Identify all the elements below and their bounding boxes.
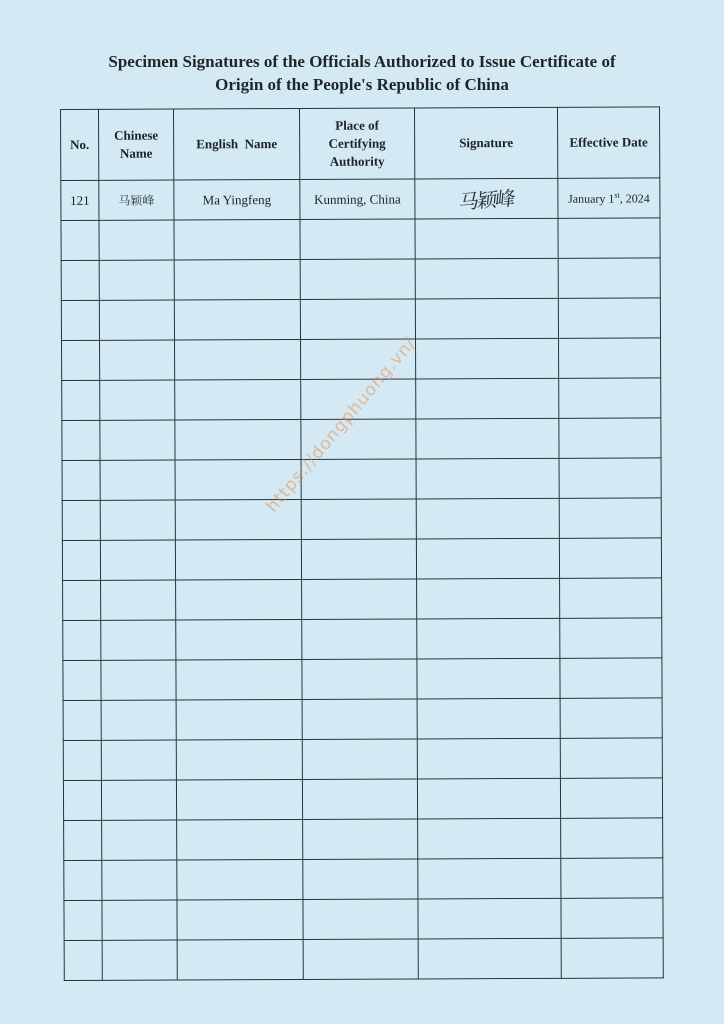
table-row-empty [62, 378, 661, 421]
cell-effective-date [560, 618, 662, 658]
cell-chinese-name [99, 260, 174, 300]
cell-signature [418, 858, 561, 899]
cell-chinese-name [99, 220, 174, 260]
cell-english-name [174, 219, 300, 260]
cell-signature [416, 378, 559, 419]
cell-place [301, 459, 416, 500]
table-row-empty [64, 858, 663, 901]
cell-no [62, 500, 100, 540]
cell-place [303, 819, 418, 860]
cell-english-name [176, 579, 302, 620]
cell-effective-date [560, 778, 662, 818]
header-chinese-name: Chinese Name [99, 109, 174, 180]
cell-no [62, 340, 100, 380]
title-line-1: Specimen Signatures of the Officials Aut… [0, 50, 724, 73]
cell-place [300, 259, 415, 300]
cell-no [63, 660, 101, 700]
table-row-empty [62, 538, 661, 581]
cell-no [63, 740, 101, 780]
cell-chinese-name [102, 900, 177, 940]
table-row-empty [61, 298, 660, 341]
table-row-empty [64, 938, 663, 981]
cell-chinese-name [100, 460, 175, 500]
cell-chinese-name [100, 380, 175, 420]
cell-place [302, 699, 417, 740]
cell-effective-date [559, 538, 661, 578]
cell-english-name [175, 379, 301, 420]
cell-place [302, 659, 417, 700]
cell-signature [417, 738, 560, 779]
cell-effective-date [561, 938, 663, 978]
cell-no [61, 300, 99, 340]
cell-chinese-name [101, 780, 176, 820]
header-no: No. [61, 109, 99, 180]
cell-chinese-name [101, 580, 176, 620]
cell-no [64, 860, 102, 900]
table-row-empty [63, 778, 662, 821]
cell-place [302, 779, 417, 820]
cell-effective-date [560, 738, 662, 778]
cell-effective-date [560, 578, 662, 618]
specimen-signatures-table: No. Chinese Name English Name Place of C… [60, 106, 664, 981]
cell-english-name [174, 259, 300, 300]
table-row-empty [63, 698, 662, 741]
cell-no [63, 580, 101, 620]
cell-effective-date [558, 218, 660, 258]
cell-english-name [177, 939, 303, 980]
cell-chinese-name [102, 860, 177, 900]
cell-place [303, 899, 418, 940]
cell-chinese-name [100, 340, 175, 380]
cell-english-name [175, 419, 301, 460]
cell-signature: 马颖峰 [415, 178, 558, 219]
cell-chinese-name: 马颖峰 [99, 180, 174, 220]
cell-place [302, 619, 417, 660]
cell-effective-date [559, 458, 661, 498]
table-row-empty [61, 218, 660, 261]
cell-place [301, 339, 416, 380]
cell-chinese-name [101, 740, 176, 780]
cell-signature [415, 218, 558, 259]
cell-no [64, 940, 102, 980]
cell-signature [417, 698, 560, 739]
header-english-name: English Name [174, 108, 300, 180]
cell-signature [416, 498, 559, 539]
cell-english-name [177, 819, 303, 860]
cell-english-name [177, 859, 303, 900]
table-row-empty [62, 498, 661, 541]
cell-no [64, 900, 102, 940]
table-row-empty [62, 338, 661, 381]
table-row-empty [63, 658, 662, 701]
cell-signature [417, 658, 560, 699]
cell-signature [415, 258, 558, 299]
header-signature: Signature [414, 107, 557, 179]
cell-signature [415, 298, 558, 339]
cell-english-name [177, 899, 303, 940]
cell-effective-date [559, 498, 661, 538]
cell-english-name [175, 539, 301, 580]
cell-english-name [174, 299, 300, 340]
cell-signature [417, 578, 560, 619]
cell-chinese-name [101, 620, 176, 660]
cell-signature [416, 538, 559, 579]
cell-chinese-name [100, 540, 175, 580]
cell-chinese-name [99, 300, 174, 340]
cell-place [301, 499, 416, 540]
cell-english-name [175, 339, 301, 380]
cell-english-name [176, 699, 302, 740]
cell-signature [417, 778, 560, 819]
cell-chinese-name [101, 700, 176, 740]
cell-place: Kunming, China [300, 179, 415, 220]
cell-english-name [176, 779, 302, 820]
table-row-empty [62, 418, 661, 461]
cell-signature [418, 818, 561, 859]
cell-no [61, 260, 99, 300]
cell-signature [416, 458, 559, 499]
header-effective-date: Effective Date [557, 107, 659, 178]
cell-effective-date: January 1st, 2024 [558, 178, 660, 218]
cell-english-name: Ma Yingfeng [174, 179, 300, 220]
cell-effective-date [560, 658, 662, 698]
table-row-empty [61, 258, 660, 301]
cell-no [62, 380, 100, 420]
document-title: Specimen Signatures of the Officials Aut… [0, 50, 724, 96]
cell-english-name [175, 499, 301, 540]
title-line-2: Origin of the People's Republic of China [0, 73, 724, 96]
cell-effective-date [560, 698, 662, 738]
cell-place [302, 739, 417, 780]
cell-place [301, 379, 416, 420]
cell-no [64, 820, 102, 860]
cell-no [61, 220, 99, 260]
header-place: Place of Certifying Authority [299, 108, 414, 180]
cell-english-name [176, 659, 302, 700]
cell-place [303, 939, 418, 980]
cell-no [63, 700, 101, 740]
cell-english-name [175, 459, 301, 500]
cell-english-name [176, 739, 302, 780]
cell-chinese-name [102, 820, 177, 860]
cell-chinese-name [102, 940, 177, 980]
table-row-empty [62, 458, 661, 501]
cell-effective-date [561, 818, 663, 858]
cell-signature [418, 938, 561, 979]
table-row-empty [63, 738, 662, 781]
cell-signature [416, 418, 559, 459]
cell-no [63, 780, 101, 820]
table-row-empty [63, 578, 662, 621]
cell-place [301, 539, 416, 580]
cell-effective-date [559, 418, 661, 458]
table-row-empty [63, 618, 662, 661]
cell-english-name [176, 619, 302, 660]
table-row-empty [64, 818, 663, 861]
cell-chinese-name [100, 500, 175, 540]
cell-signature [418, 898, 561, 939]
cell-no: 121 [61, 180, 99, 220]
cell-place [300, 299, 415, 340]
specimen-table-container: No. Chinese Name English Name Place of C… [60, 106, 664, 981]
cell-effective-date [561, 898, 663, 938]
cell-signature [416, 338, 559, 379]
cell-signature [417, 618, 560, 659]
cell-place [303, 859, 418, 900]
cell-effective-date [558, 258, 660, 298]
cell-no [62, 420, 100, 460]
cell-place [301, 419, 416, 460]
cell-effective-date [559, 378, 661, 418]
cell-effective-date [559, 338, 661, 378]
header-row: No. Chinese Name English Name Place of C… [61, 107, 660, 181]
cell-no [62, 460, 100, 500]
table-row: 121 马颖峰 Ma Yingfeng Kunming, China 马颖峰 J… [61, 178, 660, 221]
table-row-empty [64, 898, 663, 941]
cell-chinese-name [100, 420, 175, 460]
cell-place [300, 219, 415, 260]
cell-no [63, 620, 101, 660]
cell-effective-date [561, 858, 663, 898]
handwritten-signature: 马颖峰 [458, 182, 515, 215]
cell-effective-date [558, 298, 660, 338]
cell-no [62, 540, 100, 580]
cell-place [302, 579, 417, 620]
cell-chinese-name [101, 660, 176, 700]
